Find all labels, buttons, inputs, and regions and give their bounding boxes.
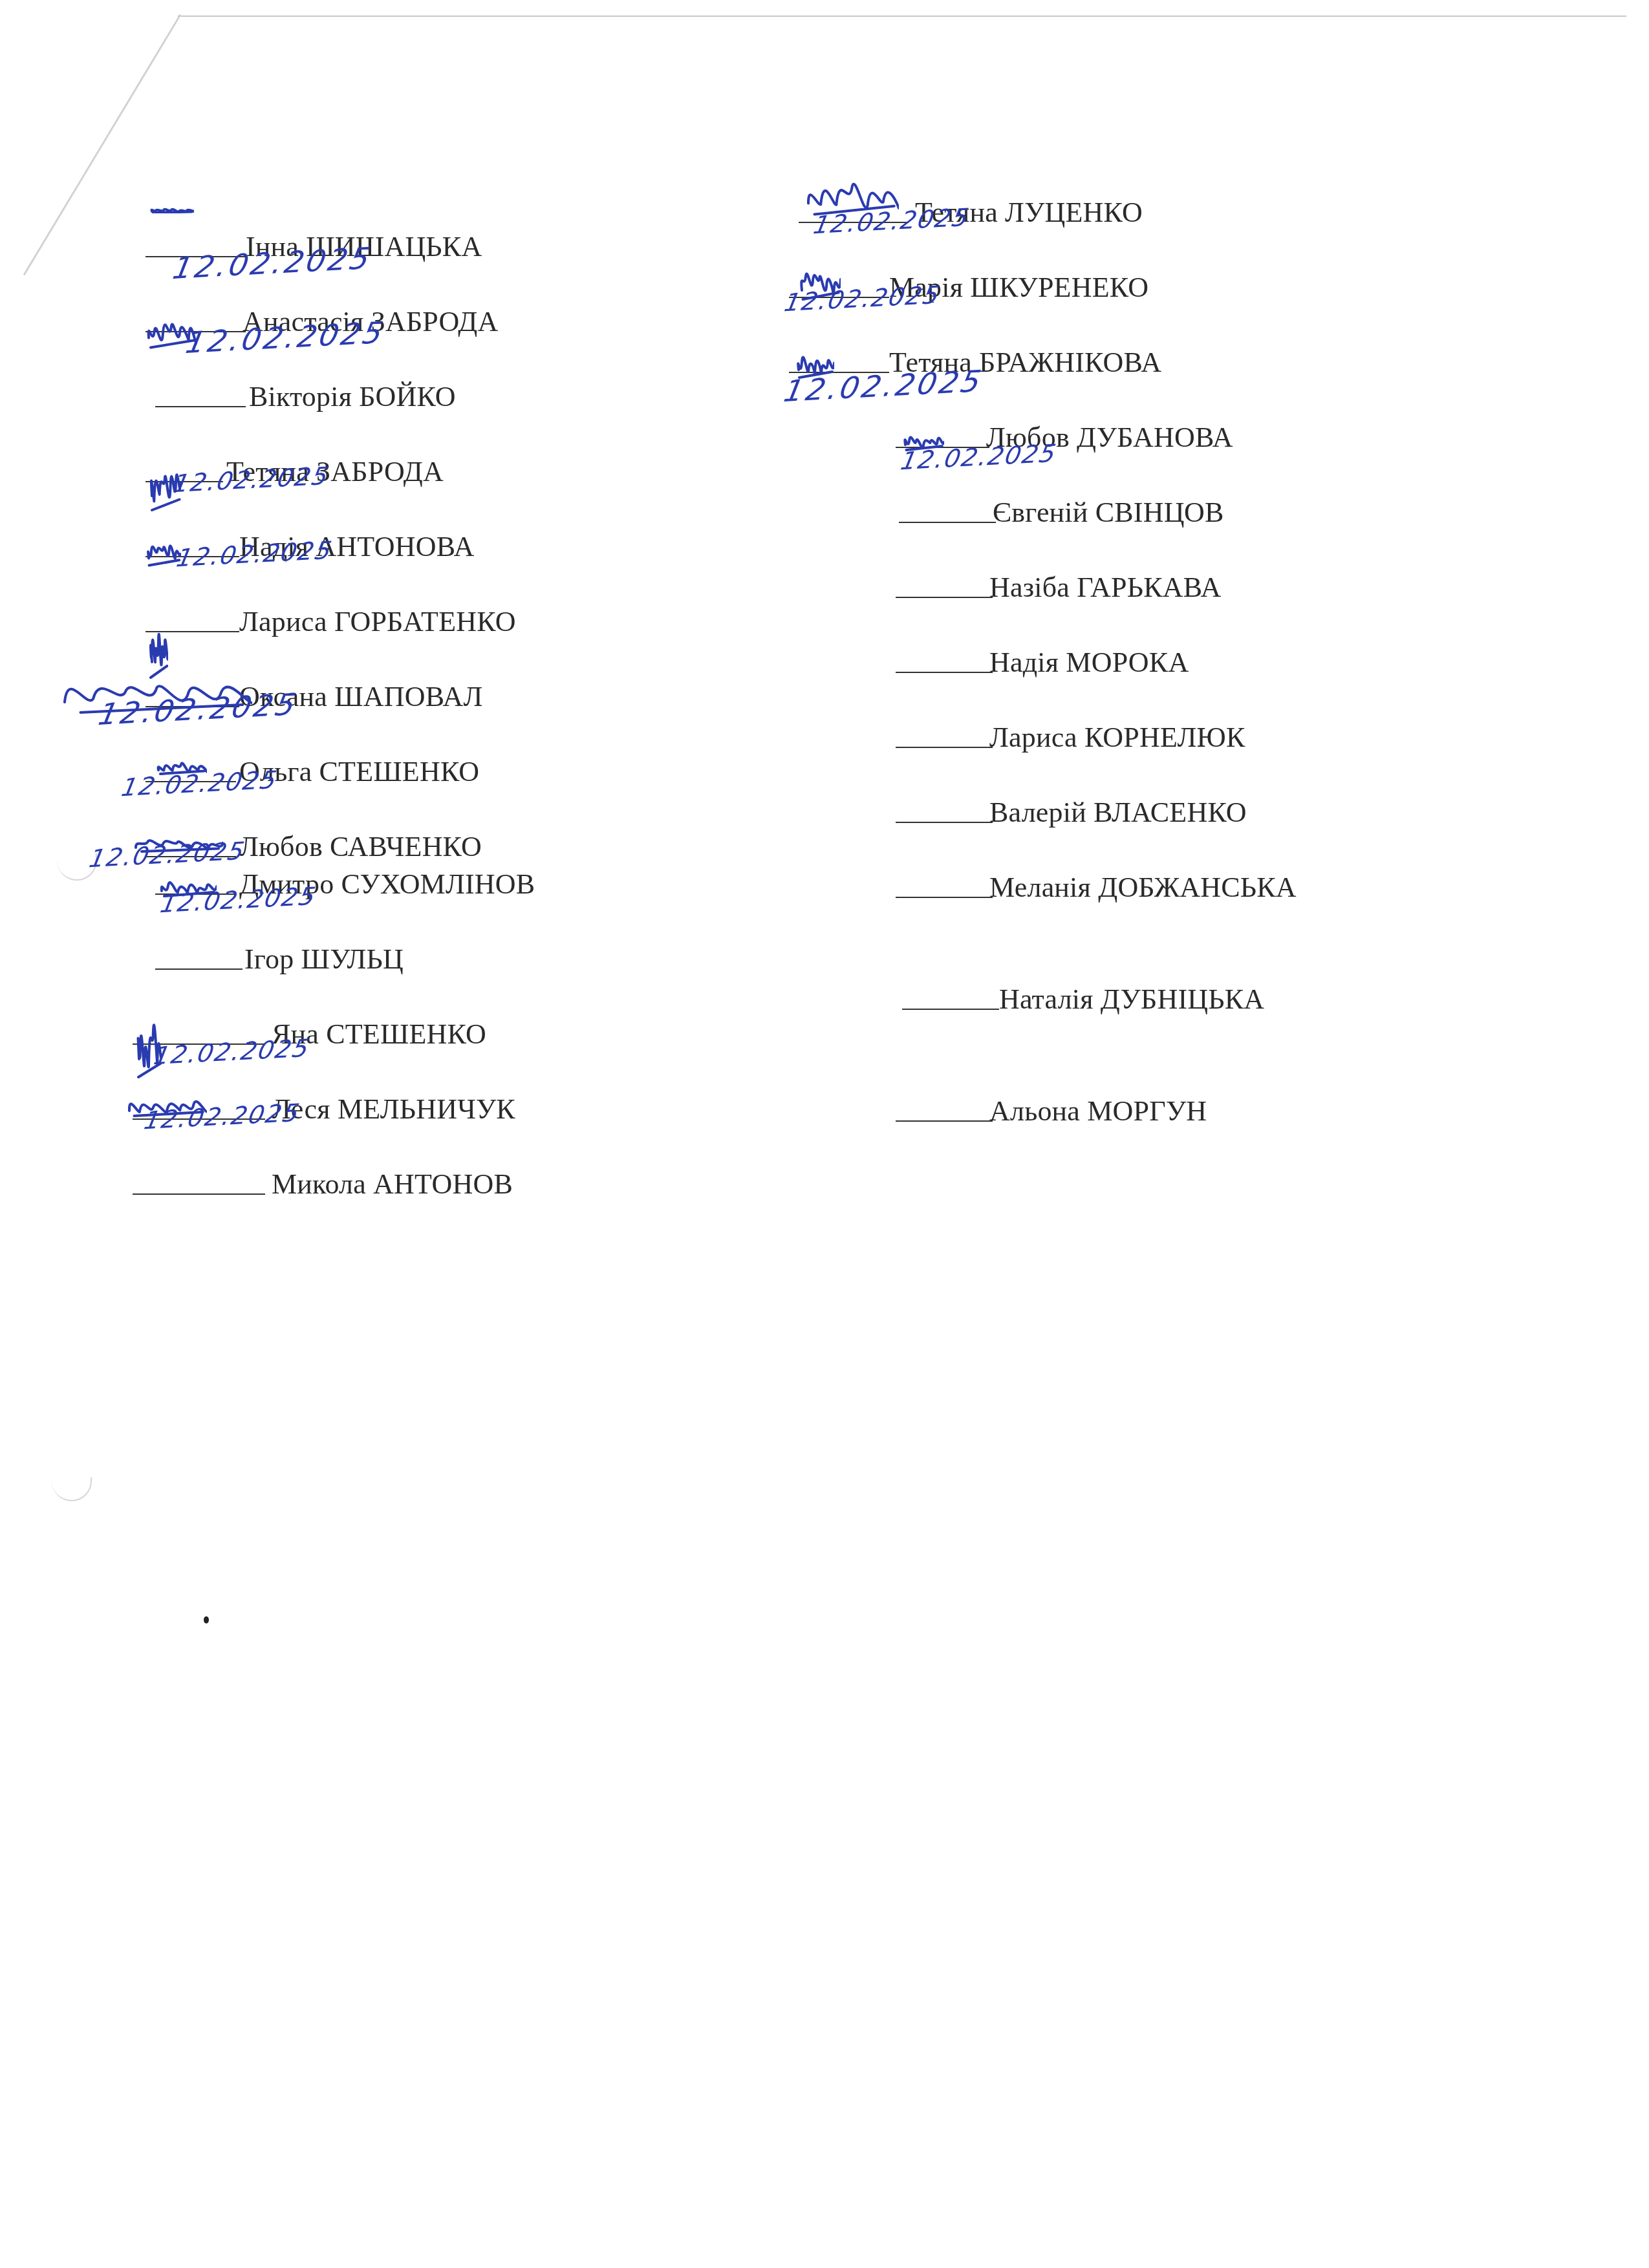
scanned-page: Інна ШИШАЦЬКА12.02.2025Анастасія ЗАБРОДА…	[0, 0, 1649, 2268]
signature-line	[899, 522, 996, 523]
signature-entry: Альона МОРГУН	[896, 1087, 1478, 1126]
signatory-name: Леся МЕЛЬНИЧУК	[272, 1095, 515, 1124]
signature-line	[896, 672, 993, 673]
signature-entry: Меланія ДОБЖАНСЬКА	[896, 863, 1478, 902]
signatory-name: Лариса ГОРБАТЕНКО	[239, 608, 516, 636]
signature-line	[896, 597, 993, 598]
signature-line	[133, 1193, 265, 1195]
signatory-name: Микола АНТОНОВ	[272, 1170, 513, 1199]
signature-entry: Лариса КОРНЕЛЮК	[896, 713, 1478, 752]
signature-entry: Надія МОРОКА	[896, 638, 1478, 677]
signatory-name: Меланія ДОБЖАНСЬКА	[989, 873, 1297, 902]
signature-entry: Назіба ГАРЬКАВА	[896, 563, 1478, 602]
ink-speck	[204, 1616, 209, 1623]
signatory-name: Надія МОРОКА	[989, 648, 1189, 677]
signature-line	[155, 406, 246, 407]
signature-line	[902, 1009, 999, 1010]
handwritten-date: 12.02.2025	[119, 765, 280, 802]
signature-entry: Наталія ДУБНІЦЬКА	[902, 975, 1484, 1014]
signatory-name: Альона МОРГУН	[989, 1097, 1207, 1126]
signature-entry: Вікторія БОЙКО	[155, 372, 737, 411]
signatory-name: Вікторія БОЙКО	[249, 383, 456, 411]
signatory-name: Євгеній СВІНЦОВ	[993, 498, 1224, 527]
signatory-name: Наталія ДУБНІЦЬКА	[999, 985, 1264, 1014]
signatory-name: Ігор ШУЛЬЦ	[244, 945, 404, 974]
scan-top-edge	[178, 16, 1626, 17]
handwritten-signature	[149, 207, 194, 213]
signature-line	[896, 1120, 993, 1122]
signature-line	[896, 747, 993, 748]
signature-line	[155, 968, 242, 970]
handwritten-date: 12.02.2025	[96, 687, 301, 732]
signature-entry: Ігор ШУЛЬЦ	[155, 935, 737, 974]
signature-entry: Лариса ГОРБАТЕНКО	[145, 597, 727, 636]
signatory-name: Валерій ВЛАСЕНКО	[989, 798, 1247, 827]
signature-entry: Валерій ВЛАСЕНКО	[896, 788, 1478, 827]
signatory-name: Любов САВЧЕНКО	[239, 833, 482, 861]
signature-line	[896, 822, 993, 823]
signatory-name: Назіба ГАРЬКАВА	[989, 573, 1221, 602]
signatory-name: Лариса КОРНЕЛЮК	[989, 723, 1245, 752]
signature-line	[145, 631, 239, 632]
scan-smudge	[52, 1477, 92, 1501]
signature-entry: Євгеній СВІНЦОВ	[899, 488, 1481, 527]
signature-line	[896, 897, 993, 898]
signature-entry: Микола АНТОНОВ	[133, 1160, 715, 1199]
